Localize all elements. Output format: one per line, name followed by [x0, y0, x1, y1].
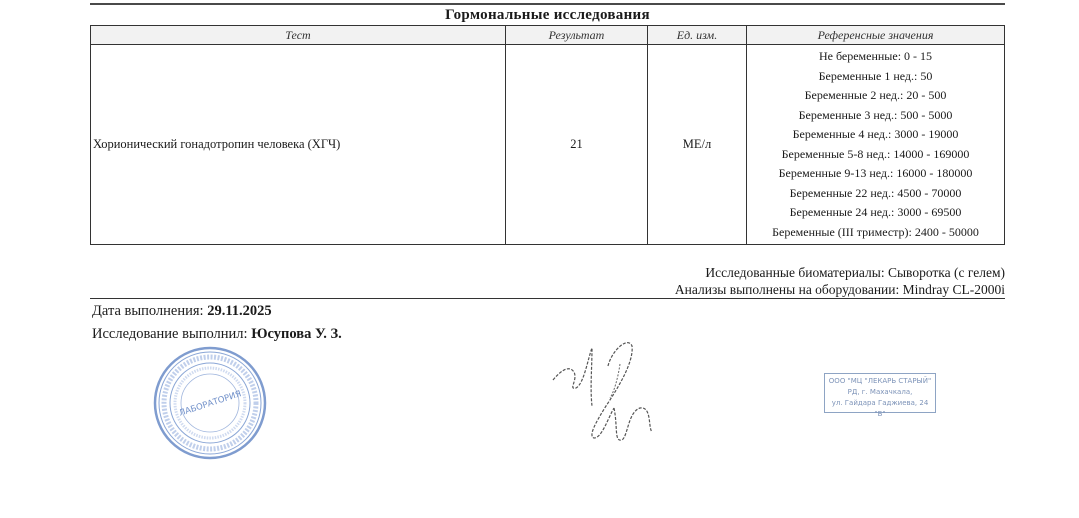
equipment-note: Анализы выполнены на оборудовании: Mindr… — [675, 281, 1005, 298]
test-result: 21 — [506, 45, 648, 245]
round-stamp-icon: ЛАБОРАТОРИЯ — [152, 345, 268, 461]
date-label: Дата выполнения: — [92, 303, 204, 319]
reference-item: Беременные 4 нед.: 3000 - 19000 — [747, 125, 1004, 145]
reference-item: Беременные 2 нед.: 20 - 500 — [747, 86, 1004, 106]
performer-value: Юсупова У. З. — [251, 326, 342, 342]
header-result: Результат — [506, 26, 648, 45]
biomaterials-note: Исследованные биоматериалы: Сыворотка (с… — [705, 264, 1005, 281]
test-reference: Не беременные: 0 - 15 Беременные 1 нед.:… — [747, 45, 1005, 245]
test-unit: МЕ/л — [648, 45, 747, 245]
reference-item: Беременные 3 нед.: 500 - 5000 — [747, 106, 1004, 126]
rect-stamp-line: ООО "МЦ "ЛЕКАРЬ СТАРЫЙ" — [825, 376, 935, 387]
header-unit: Ед. изм. — [648, 26, 747, 45]
section-title: Гормональные исследования — [90, 5, 1005, 25]
table-row: Хорионический гонадотропин человека (ХГЧ… — [91, 45, 1005, 245]
reference-item: Беременные (III триместр): 2400 - 50000 — [747, 223, 1004, 243]
footer-rule — [90, 298, 1005, 299]
performer-label: Исследование выполнил: — [92, 326, 248, 342]
execution-date: Дата выполнения: 29.11.2025 — [92, 302, 272, 320]
reference-item: Беременные 24 нед.: 3000 - 69500 — [747, 203, 1004, 223]
reference-item: Беременные 9-13 нед.: 16000 - 180000 — [747, 164, 1004, 184]
reference-list: Не беременные: 0 - 15 Беременные 1 нед.:… — [747, 45, 1004, 244]
results-table: Тест Результат Ед. изм. Референсные знач… — [90, 25, 1005, 245]
reference-item: Беременные 5-8 нед.: 14000 - 169000 — [747, 145, 1004, 165]
table-header-row: Тест Результат Ед. изм. Референсные знач… — [91, 26, 1005, 45]
reference-item: Беременные 1 нед.: 50 — [747, 67, 1004, 87]
header-reference: Референсные значения — [747, 26, 1005, 45]
rect-stamp-line: ул. Гайдара Гаджиева, 24 "Б" — [825, 398, 935, 420]
header-test: Тест — [91, 26, 506, 45]
rect-stamp-line: РД, г. Махачкала, — [825, 387, 935, 398]
reference-item: Беременные 22 нед.: 4500 - 70000 — [747, 184, 1004, 204]
signature-icon — [548, 328, 663, 446]
date-value: 29.11.2025 — [207, 303, 271, 319]
reference-item: Не беременные: 0 - 15 — [747, 47, 1004, 67]
test-name: Хорионический гонадотропин человека (ХГЧ… — [91, 45, 506, 245]
stamp-center-text: ЛАБОРАТОРИЯ — [178, 389, 243, 419]
performer: Исследование выполнил: Юсупова У. З. — [92, 325, 342, 343]
rect-stamp: ООО "МЦ "ЛЕКАРЬ СТАРЫЙ" РД, г. Махачкала… — [824, 373, 936, 413]
